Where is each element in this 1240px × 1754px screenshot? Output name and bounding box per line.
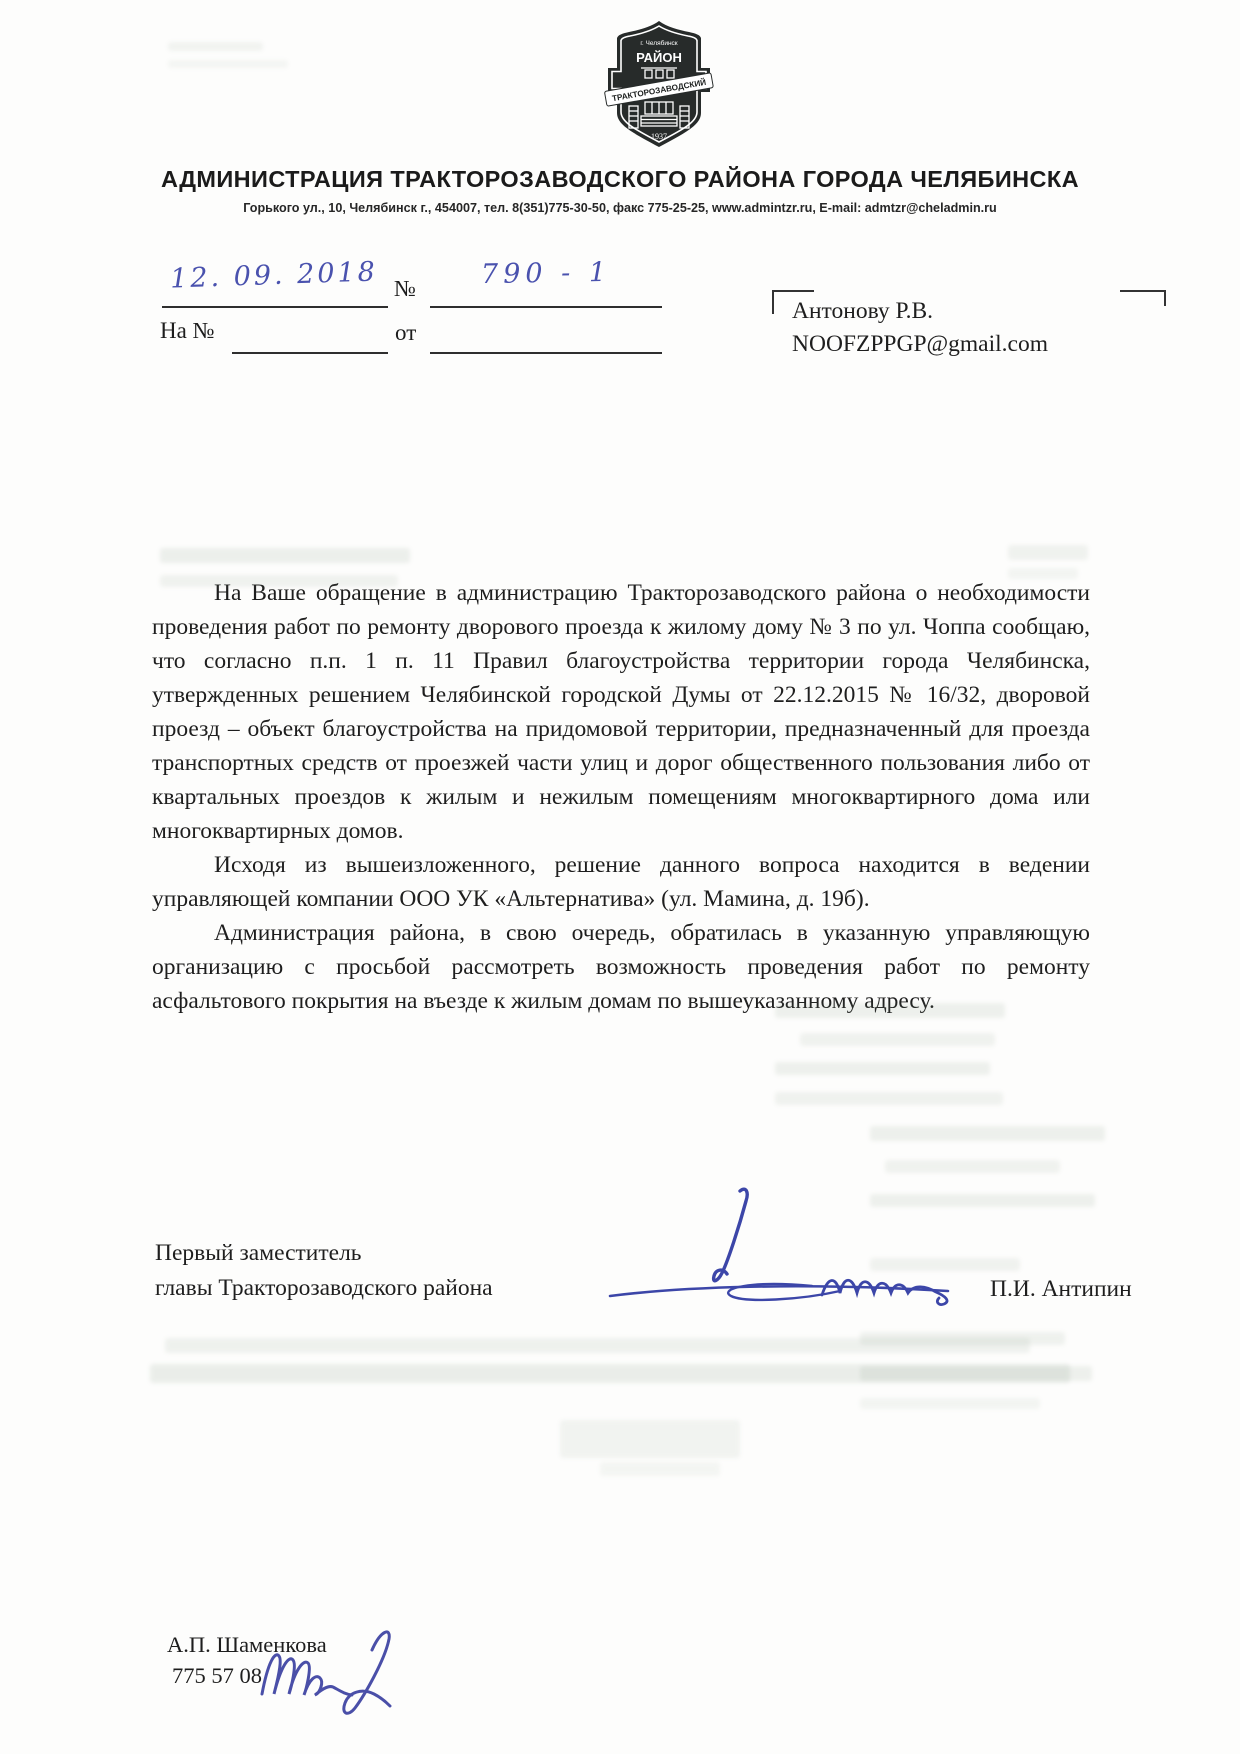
shamenkova-signature <box>248 1622 428 1727</box>
bleed-through-artifact <box>1008 568 1078 579</box>
emblem-year: 1937 <box>651 132 667 141</box>
bleed-through-artifact <box>160 548 410 563</box>
bleed-through-artifact <box>800 1033 995 1046</box>
bleed-through-artifact <box>168 60 288 68</box>
body-paragraph-2: Исходя из вышеизложенного, решение данно… <box>152 848 1090 916</box>
bleed-through-artifact <box>150 1364 1070 1383</box>
number-sign-label: № <box>394 276 416 302</box>
letter-body: На Ваше обращение в администрацию Тракто… <box>152 576 1090 1018</box>
bleed-through-artifact <box>600 1462 720 1476</box>
bleed-through-artifact <box>1008 545 1088 560</box>
recipient-name: Антонову Р.В. <box>792 298 933 325</box>
number-underline <box>430 306 662 308</box>
bleed-through-artifact <box>885 1160 1060 1173</box>
reply-from-label: от <box>395 320 416 346</box>
district-emblem: г. Челябинск РАЙОН ТРАКТОРОЗАВОДСКИЙ <box>601 18 717 150</box>
signer-position-line1: Первый заместитель <box>155 1240 362 1267</box>
bleed-through-artifact <box>560 1420 740 1458</box>
bleed-through-artifact <box>775 1003 1005 1018</box>
bleed-through-artifact <box>165 1338 1030 1353</box>
bleed-through-artifact <box>775 1092 1003 1105</box>
scanned-letter-page: г. Челябинск РАЙОН ТРАКТОРОЗАВОДСКИЙ <box>0 0 1240 1754</box>
address-corner-mark-right <box>1120 290 1166 306</box>
handwritten-outgoing-number: 790 - 1 <box>430 256 663 291</box>
emblem-city-text: г. Челябинск <box>640 39 677 47</box>
body-paragraph-1: На Ваше обращение в администрацию Тракто… <box>152 576 1090 848</box>
date-underline <box>162 306 388 308</box>
reply-number-underline <box>232 352 388 354</box>
organization-contact-line: Горького ул., 10, Челябинск г., 454007, … <box>0 201 1240 215</box>
signer-name: П.И. Антипин <box>990 1276 1132 1303</box>
bleed-through-artifact <box>775 1062 990 1075</box>
bleed-through-artifact <box>168 42 263 51</box>
bleed-through-artifact <box>870 1126 1105 1141</box>
reply-to-label: На № <box>160 318 215 344</box>
bleed-through-artifact <box>870 1258 1020 1271</box>
bleed-through-artifact <box>870 1194 1095 1207</box>
recipient-email: NOOFZPPGP@gmail.com <box>792 331 1048 358</box>
handwritten-date: 12. 09. 2018 <box>160 256 389 295</box>
organization-name: АДМИНИСТРАЦИЯ ТРАКТОРОЗАВОДСКОГО РАЙОНА … <box>0 166 1240 193</box>
emblem-district-word: РАЙОН <box>636 50 682 65</box>
bleed-through-artifact <box>160 575 398 587</box>
signer-position-line2: главы Тракторозаводского района <box>155 1275 493 1302</box>
bleed-through-artifact <box>860 1398 1040 1409</box>
reply-date-underline <box>430 352 662 354</box>
